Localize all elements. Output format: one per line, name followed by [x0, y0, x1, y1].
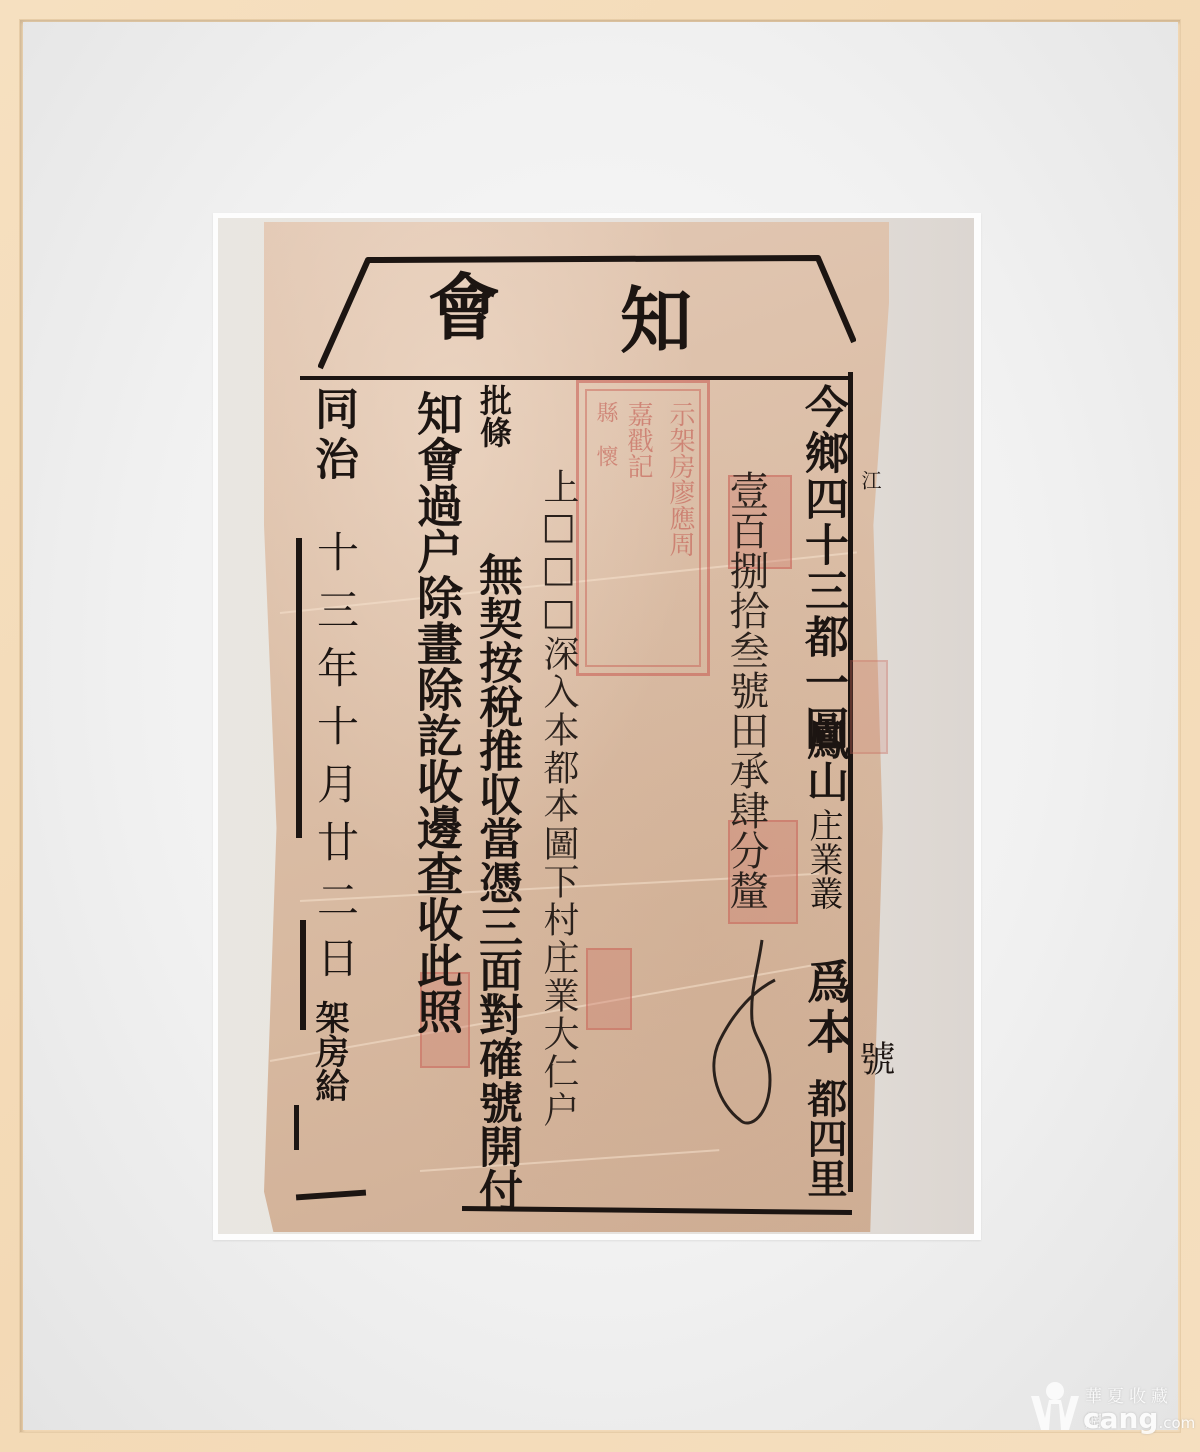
notice-header: 批條 [478, 384, 510, 448]
registry-tail: 都四里 [804, 1078, 844, 1198]
title-cartouche [318, 250, 856, 370]
seal-stamp [586, 948, 632, 1030]
seal-text-col2: 嘉戳記 [624, 401, 651, 479]
top-rule [300, 376, 850, 380]
registry-label: 爲本 [804, 958, 850, 1058]
date-line: 十三年十月廿二日 [314, 530, 356, 994]
notice-line: 知會過户除畫除訖收邊查收此照 [414, 390, 460, 1034]
era-name: 同治 [310, 386, 354, 486]
seal-stamp-partial [850, 660, 888, 754]
left-rule [300, 920, 306, 1030]
instruction-line: 無契按稅推収當憑三面對確號開付 [474, 552, 518, 1212]
seal-text-col1: 示架房廖應周 [666, 401, 693, 557]
left-rule [294, 1105, 299, 1150]
signature-flourish [700, 930, 800, 1140]
number-mark: 號 [856, 1040, 892, 1076]
village-name: 鳳山 [804, 718, 846, 802]
record-line: 上□□□深入本都本圖下村庄業大仁户 [540, 468, 576, 1129]
watermark-en-suffix: .com [1158, 1414, 1195, 1432]
seal-text-col3: 縣 懷 [594, 401, 617, 467]
watermark-en-main: cang [1083, 1402, 1158, 1435]
watermark-en: cang.com [1083, 1402, 1195, 1435]
official-seal-large: 示架房廖應周 嘉戳記 縣 懷 [576, 380, 710, 676]
title-char-zhi: 知 [620, 285, 692, 357]
village-tail: 庄業叢 [806, 808, 840, 910]
date-tail: 架房給 [312, 1000, 346, 1102]
title-char-hui: 會 [428, 272, 500, 344]
left-rule [296, 538, 302, 838]
site-watermark: 華夏收藏網 cang.com [1027, 1378, 1192, 1434]
plot-number: 壹百捌拾叁號田承肆分釐 [726, 470, 766, 910]
location-line: 今鄉四十三都一圖 [800, 384, 844, 752]
watermark-logo-icon [1027, 1378, 1083, 1434]
side-mark: 江 [860, 470, 880, 490]
